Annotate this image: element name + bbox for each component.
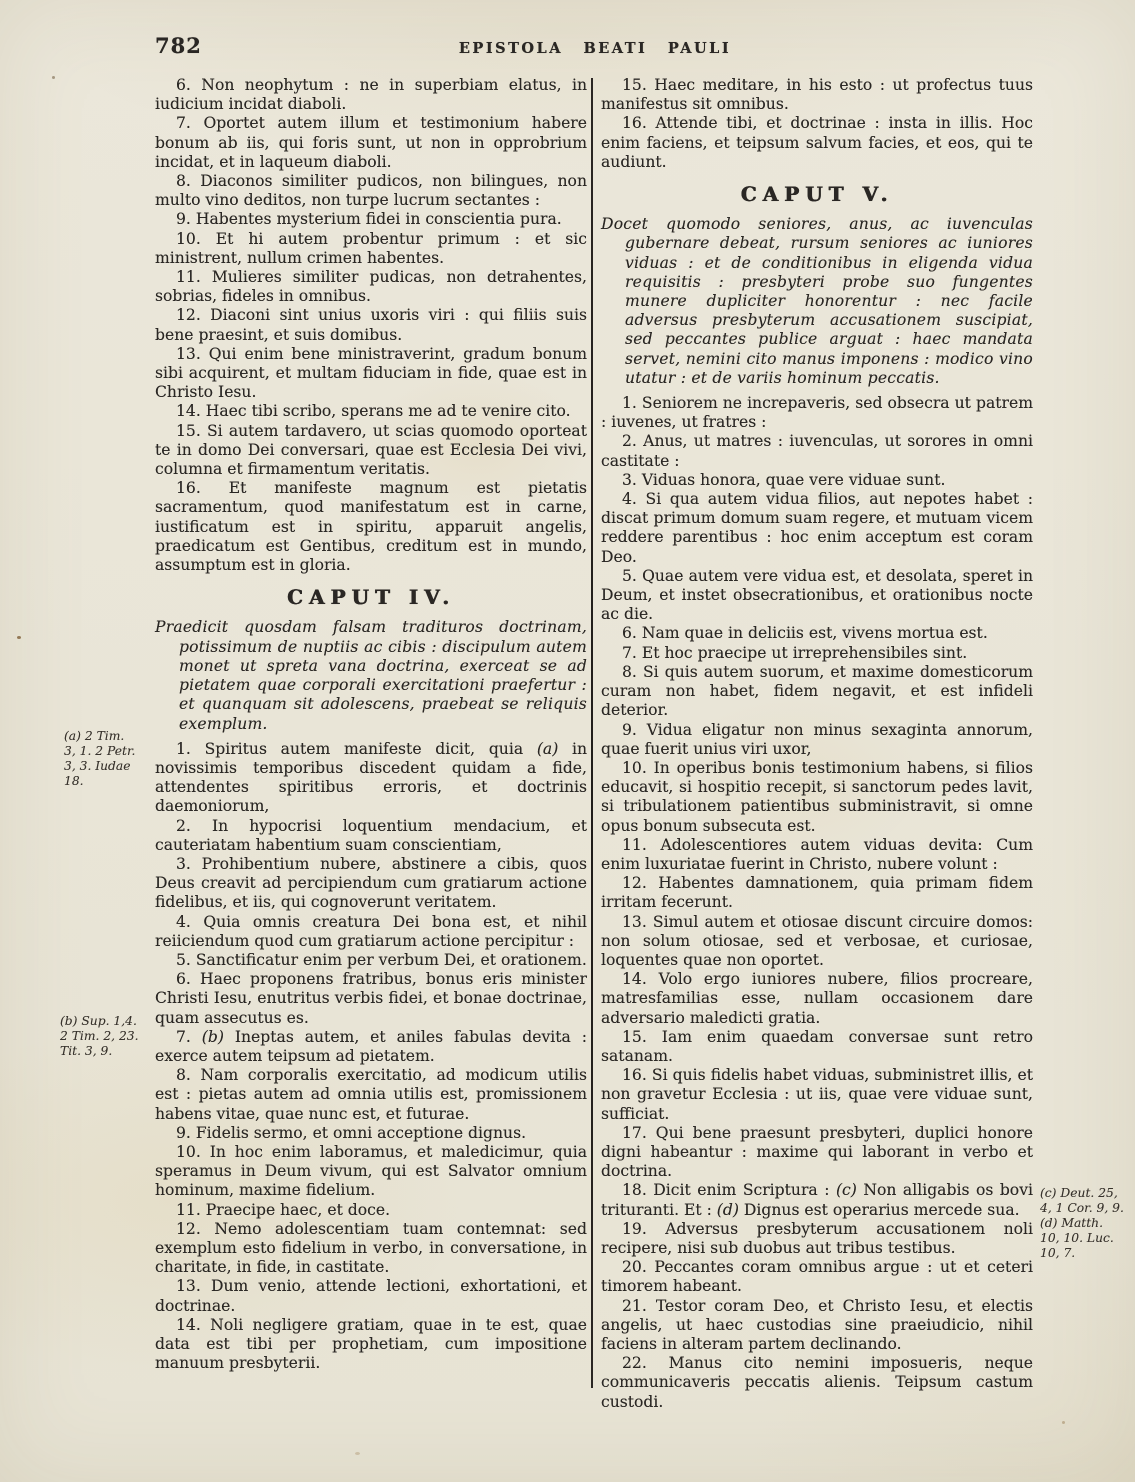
verse-number: 1.: [622, 394, 637, 412]
verse-number: 13.: [176, 1277, 201, 1295]
verse-number: 12.: [176, 1220, 201, 1238]
paper-speck: [355, 1452, 360, 1455]
verse-16: 16. Attende tibi, et doctrinae : insta i…: [601, 114, 1033, 172]
verse-number: 11.: [622, 836, 647, 854]
verse-number: 22.: [622, 1354, 647, 1372]
verse-4: 4. Quia omnis creatura Dei bona est, et …: [155, 913, 587, 951]
verse-number: 4.: [622, 490, 637, 508]
verse-number: 17.: [622, 1124, 647, 1142]
verse-number: 10.: [176, 230, 201, 248]
verse-number: 4.: [176, 913, 191, 931]
margin-note-line: (a) 2 Tim.: [64, 729, 156, 744]
verse-number: 11.: [176, 1201, 201, 1219]
verse-14: 14. Noli negligere gratiam, quae in te e…: [155, 1316, 587, 1374]
caput4-summary: Praedicit quosdam falsam tradituros doct…: [155, 618, 587, 733]
verse-number: 16.: [622, 114, 647, 132]
caput5-summary: Docet quomodo seniores, anus, ac iuvencu…: [601, 215, 1033, 388]
verse-3: 3. Prohibentium nubere, abstinere a cibi…: [155, 855, 587, 913]
verse-18: 18. Dicit enim Scriptura : (c) Non allig…: [601, 1181, 1033, 1219]
verse-3: 3. Viduas honora, quae vere viduae sunt.: [601, 471, 1033, 490]
verse-16: 16. Et manifeste magnum est pietatis sac…: [155, 479, 587, 575]
verse-12: 12. Diaconi sint unius uxoris viri : qui…: [155, 306, 587, 344]
verse-number: 13.: [176, 345, 201, 363]
verse-12: 12. Habentes damnationem, quia primam fi…: [601, 874, 1033, 912]
verse-20: 20. Peccantes coram omnibus argue : ut e…: [601, 1258, 1033, 1296]
verse-number: 16.: [622, 1066, 647, 1084]
verse-number: 18.: [622, 1181, 647, 1199]
verse-9: 9. Vidua eligatur non minus sexaginta an…: [601, 721, 1033, 759]
verse-number: 8.: [622, 663, 637, 681]
verse-1: 1. Seniorem ne increpaveris, sed obsecra…: [601, 394, 1033, 432]
chapter4-verses-continued: 15. Haec meditare, in his esto : ut prof…: [601, 76, 1033, 172]
margin-note-line: 3, 3. Iudae: [64, 759, 156, 774]
paper-speck: [17, 636, 21, 639]
verse-number: 15.: [176, 422, 201, 440]
margin-note-b: (b) Sup. 1,4.2 Tim. 2, 23.Tit. 3, 9.: [60, 1014, 152, 1059]
verse-2: 2. In hypocrisi loquentium mendacium, et…: [155, 817, 587, 855]
verse-number: 7.: [176, 1028, 191, 1046]
verse-8: 8. Nam corporalis exercitatio, ad modicu…: [155, 1066, 587, 1124]
verse-6: 6. Non neophytum : ne in superbiam elatu…: [155, 76, 587, 114]
verse-number: 6.: [176, 970, 191, 988]
verse-number: 8.: [176, 1066, 191, 1084]
verse-number: 15.: [622, 76, 647, 94]
verse-9: 9. Habentes mysterium fidei in conscient…: [155, 210, 587, 229]
caput5-heading: CAPUT V.: [601, 185, 1033, 204]
book-page: 782 EPISTOLA BEATI PAULI 6. Non neophytu…: [0, 0, 1135, 1482]
margin-note-cd: (c) Deut. 25,4, 1 Cor. 9, 9.(d) Matth.10…: [1040, 1186, 1132, 1261]
chapter3-verses: 6. Non neophytum : ne in superbiam elatu…: [155, 76, 587, 575]
chapter5-verses: 1. Seniorem ne increpaveris, sed obsecra…: [601, 394, 1033, 1412]
verse-9: 9. Fidelis sermo, et omni acceptione dig…: [155, 1124, 587, 1143]
verse-14: 14. Volo ergo iuniores nubere, filios pr…: [601, 970, 1033, 1028]
left-column: 6. Non neophytum : ne in superbiam elatu…: [155, 76, 587, 1373]
verse-number: 9.: [176, 210, 191, 228]
verse-10: 10. Et hi autem probentur primum : et si…: [155, 230, 587, 268]
verse-7: 7. Oportet autem illum et testimonium ha…: [155, 114, 587, 172]
paper-speck: [1062, 1421, 1065, 1424]
verse-15: 15. Si autem tardavero, ut scias quomodo…: [155, 422, 587, 480]
verse-5: 5. Quae autem vere vidua est, et desolat…: [601, 567, 1033, 625]
column-divider: [591, 78, 593, 1388]
verse-number: 9.: [622, 721, 637, 739]
verse-13: 13. Qui enim bene ministraverint, gradum…: [155, 345, 587, 403]
margin-note-line: 2 Tim. 2, 23.: [60, 1029, 152, 1044]
chapter4-verses: 1. Spiritus autem manifeste dicit, quia …: [155, 740, 587, 1374]
verse-number: 10.: [176, 1143, 201, 1161]
margin-note-line: (d) Matth.: [1040, 1216, 1132, 1231]
verse-10: 10. In hoc enim laboramus, et maledicimu…: [155, 1143, 587, 1201]
verse-number: 7.: [176, 114, 191, 132]
verse-number: 9.: [176, 1124, 191, 1142]
verse-number: 5.: [176, 951, 191, 969]
verse-7: 7. (b) Ineptas autem, et aniles fabulas …: [155, 1028, 587, 1066]
verse-number: 11.: [176, 268, 201, 286]
margin-note-line: 18.: [64, 774, 156, 789]
verse-number: 5.: [622, 567, 637, 585]
verse-6: 6. Haec proponens fratribus, bonus eris …: [155, 970, 587, 1028]
verse-1: 1. Spiritus autem manifeste dicit, quia …: [155, 740, 587, 817]
verse-14: 14. Haec tibi scribo, sperans me ad te v…: [155, 402, 587, 421]
verse-number: 6.: [622, 624, 637, 642]
verse-11: 11. Praecipe haec, et doce.: [155, 1201, 587, 1220]
verse-13: 13. Dum venio, attende lectioni, exhorta…: [155, 1277, 587, 1315]
margin-note-line: 10, 10. Luc.: [1040, 1231, 1132, 1246]
verse-number: 3.: [176, 855, 191, 873]
verse-17: 17. Qui bene praesunt presbyteri, duplic…: [601, 1124, 1033, 1182]
verse-number: 2.: [622, 432, 637, 450]
margin-note-line: (c) Deut. 25,: [1040, 1186, 1132, 1201]
verse-19: 19. Adversus presbyterum accusationem no…: [601, 1220, 1033, 1258]
verse-11: 11. Adolescentiores autem viduas devita:…: [601, 836, 1033, 874]
verse-number: 7.: [622, 644, 637, 662]
verse-8: 8. Diaconos similiter pudicos, non bilin…: [155, 172, 587, 210]
margin-note-line: 4, 1 Cor. 9, 9.: [1040, 1201, 1132, 1216]
verse-number: 12.: [622, 874, 647, 892]
verse-13: 13. Simul autem et otiosae discunt circu…: [601, 913, 1033, 971]
paper-speck: [52, 76, 55, 79]
verse-8: 8. Si quis autem suorum, et maxime domes…: [601, 663, 1033, 721]
margin-note-line: Tit. 3, 9.: [60, 1044, 152, 1059]
verse-2: 2. Anus, ut matres : iuvenculas, ut soro…: [601, 432, 1033, 470]
verse-number: 6.: [176, 76, 191, 94]
verse-15: 15. Iam enim quaedam conversae sunt retr…: [601, 1028, 1033, 1066]
verse-number: 2.: [176, 817, 191, 835]
verse-21: 21. Testor coram Deo, et Christo Iesu, e…: [601, 1297, 1033, 1355]
verse-number: 12.: [176, 306, 201, 324]
caput4-heading: CAPUT IV.: [155, 588, 587, 607]
verse-number: 10.: [622, 759, 647, 777]
verse-number: 19.: [622, 1220, 647, 1238]
verse-7: 7. Et hoc praecipe ut irreprehensibiles …: [601, 644, 1033, 663]
verse-16: 16. Si quis fidelis habet viduas, submin…: [601, 1066, 1033, 1124]
running-title: EPISTOLA BEATI PAULI: [155, 40, 1035, 57]
verse-10: 10. In operibus bonis testimonium habens…: [601, 759, 1033, 836]
verse-number: 15.: [622, 1028, 647, 1046]
margin-note-line: (b) Sup. 1,4.: [60, 1014, 152, 1029]
verse-11: 11. Mulieres similiter pudicas, non detr…: [155, 268, 587, 306]
margin-note-line: 10, 7.: [1040, 1246, 1132, 1261]
verse-15: 15. Haec meditare, in his esto : ut prof…: [601, 76, 1033, 114]
verse-number: 14.: [622, 970, 647, 988]
verse-number: 20.: [622, 1258, 647, 1276]
verse-number: 8.: [176, 172, 191, 190]
verse-number: 3.: [622, 471, 637, 489]
verse-22: 22. Manus cito nemini imposueris, neque …: [601, 1354, 1033, 1412]
margin-note-a: (a) 2 Tim.3, 1. 2 Petr.3, 3. Iudae18.: [64, 729, 156, 789]
right-column: 15. Haec meditare, in his esto : ut prof…: [601, 76, 1033, 1412]
verse-number: 21.: [622, 1297, 647, 1315]
verse-6: 6. Nam quae in deliciis est, vivens mort…: [601, 624, 1033, 643]
verse-number: 1.: [176, 740, 191, 758]
verse-4: 4. Si qua autem vidua filios, aut nepote…: [601, 490, 1033, 567]
verse-number: 16.: [176, 479, 201, 497]
margin-note-line: 3, 1. 2 Petr.: [64, 744, 156, 759]
verse-number: 14.: [176, 402, 201, 420]
verse-number: 14.: [176, 1316, 201, 1334]
verse-number: 13.: [622, 913, 647, 931]
verse-12: 12. Nemo adolescentiam tuam contemnat: s…: [155, 1220, 587, 1278]
verse-5: 5. Sanctificatur enim per verbum Dei, et…: [155, 951, 587, 970]
